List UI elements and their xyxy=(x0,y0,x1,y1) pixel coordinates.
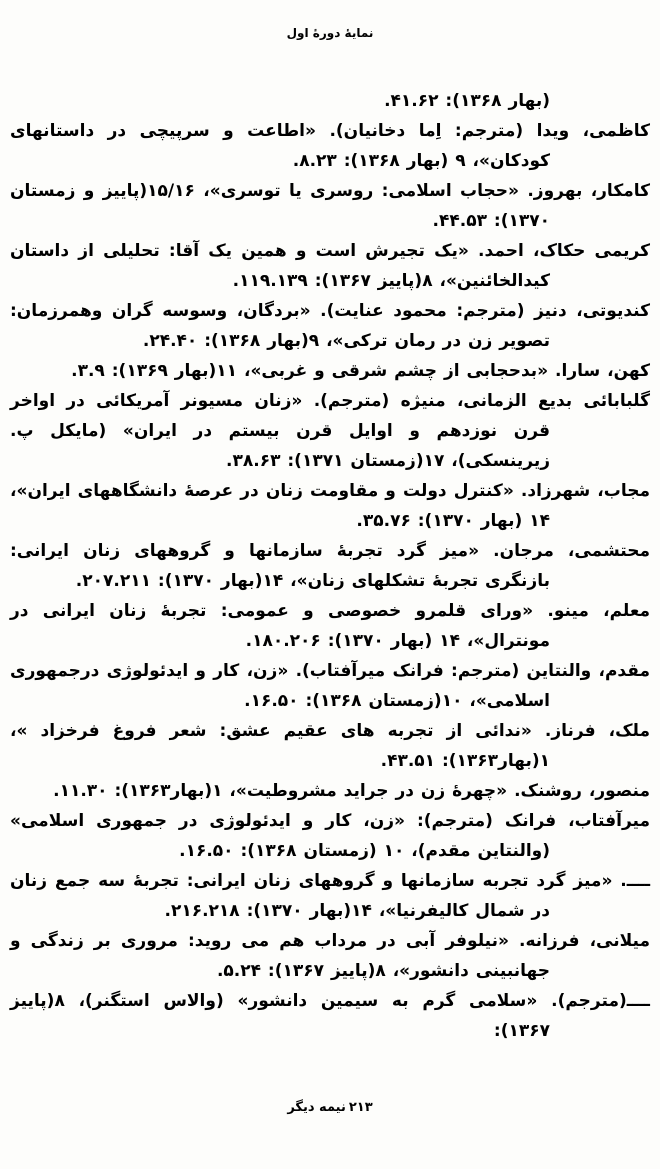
bibliography-entry: گلبابائی بدیع الزمانی، منیژه (مترجم). «ز… xyxy=(10,386,650,476)
page-footer: نیمه دیگر ۲۱۳ xyxy=(0,1100,660,1115)
bibliography-entry: ملک، فرناز. «ندائی از تجربه های عقیم عشق… xyxy=(10,716,650,776)
bibliography-entry: مقدم، والنتاین (مترجم: فرانک میرآفتاب). … xyxy=(10,656,650,716)
page-number: ۲۱۳ xyxy=(349,1100,373,1115)
bibliography-entry: کریمی حکاک، احمد. «یک تجیرش است و همین ی… xyxy=(10,236,650,296)
bibliography-entry: منصور، روشنک. «چهرهٔ زن در جراید مشروطیت… xyxy=(10,776,650,806)
bibliography-entry: کهن، سارا. «بدحجابی از چشم شرقی و غربی»،… xyxy=(10,356,650,386)
bibliography-entry: معلم، مینو. «ورای قلمرو خصوصی و عمومی: ت… xyxy=(10,596,650,656)
bibliography-entry-ditto: ــــ. «میز گرد تجربه سازمانها و گروههای … xyxy=(10,866,650,926)
page-header-title: نمایهٔ دورهٔ اول xyxy=(0,0,660,40)
bibliography-entry: مجاب، شهرزاد. «کنترل دولت و مقاومت زنان … xyxy=(10,476,650,536)
journal-name: نیمه دیگر xyxy=(287,1100,346,1115)
bibliography-entry: کامکار، بهروز. «حجاب اسلامی: روسری یا تو… xyxy=(10,176,650,236)
scanned-index-page: نمایهٔ دورهٔ اول (بهار ۱۳۶۸): ۴۱.۶۲. کاظ… xyxy=(0,0,660,1169)
bibliography-entry: محتشمی، مرجان. «میز گرد تجربهٔ سازمانها … xyxy=(10,536,650,596)
bibliography-entry: میرآفتاب، فرانک (مترجم): «زن، کار و ایدئ… xyxy=(10,806,650,866)
bibliography-entry-continuation: (بهار ۱۳۶۸): ۴۱.۶۲. xyxy=(10,86,650,116)
bibliography-list: (بهار ۱۳۶۸): ۴۱.۶۲. کاظمی، ویدا (مترجم: … xyxy=(0,40,660,1046)
bibliography-entry-ditto: ــــ(مترجم). «سلامی گرم به سیمین دانشور»… xyxy=(10,986,650,1046)
bibliography-entry: کاظمی، ویدا (مترجم: اِما دخانیان). «اطاع… xyxy=(10,116,650,176)
bibliography-entry: میلانی، فرزانه. «نیلوفر آبی در مرداب هم … xyxy=(10,926,650,986)
bibliography-entry: کندیوتی، دنیز (مترجم: محمود عنایت). «برد… xyxy=(10,296,650,356)
